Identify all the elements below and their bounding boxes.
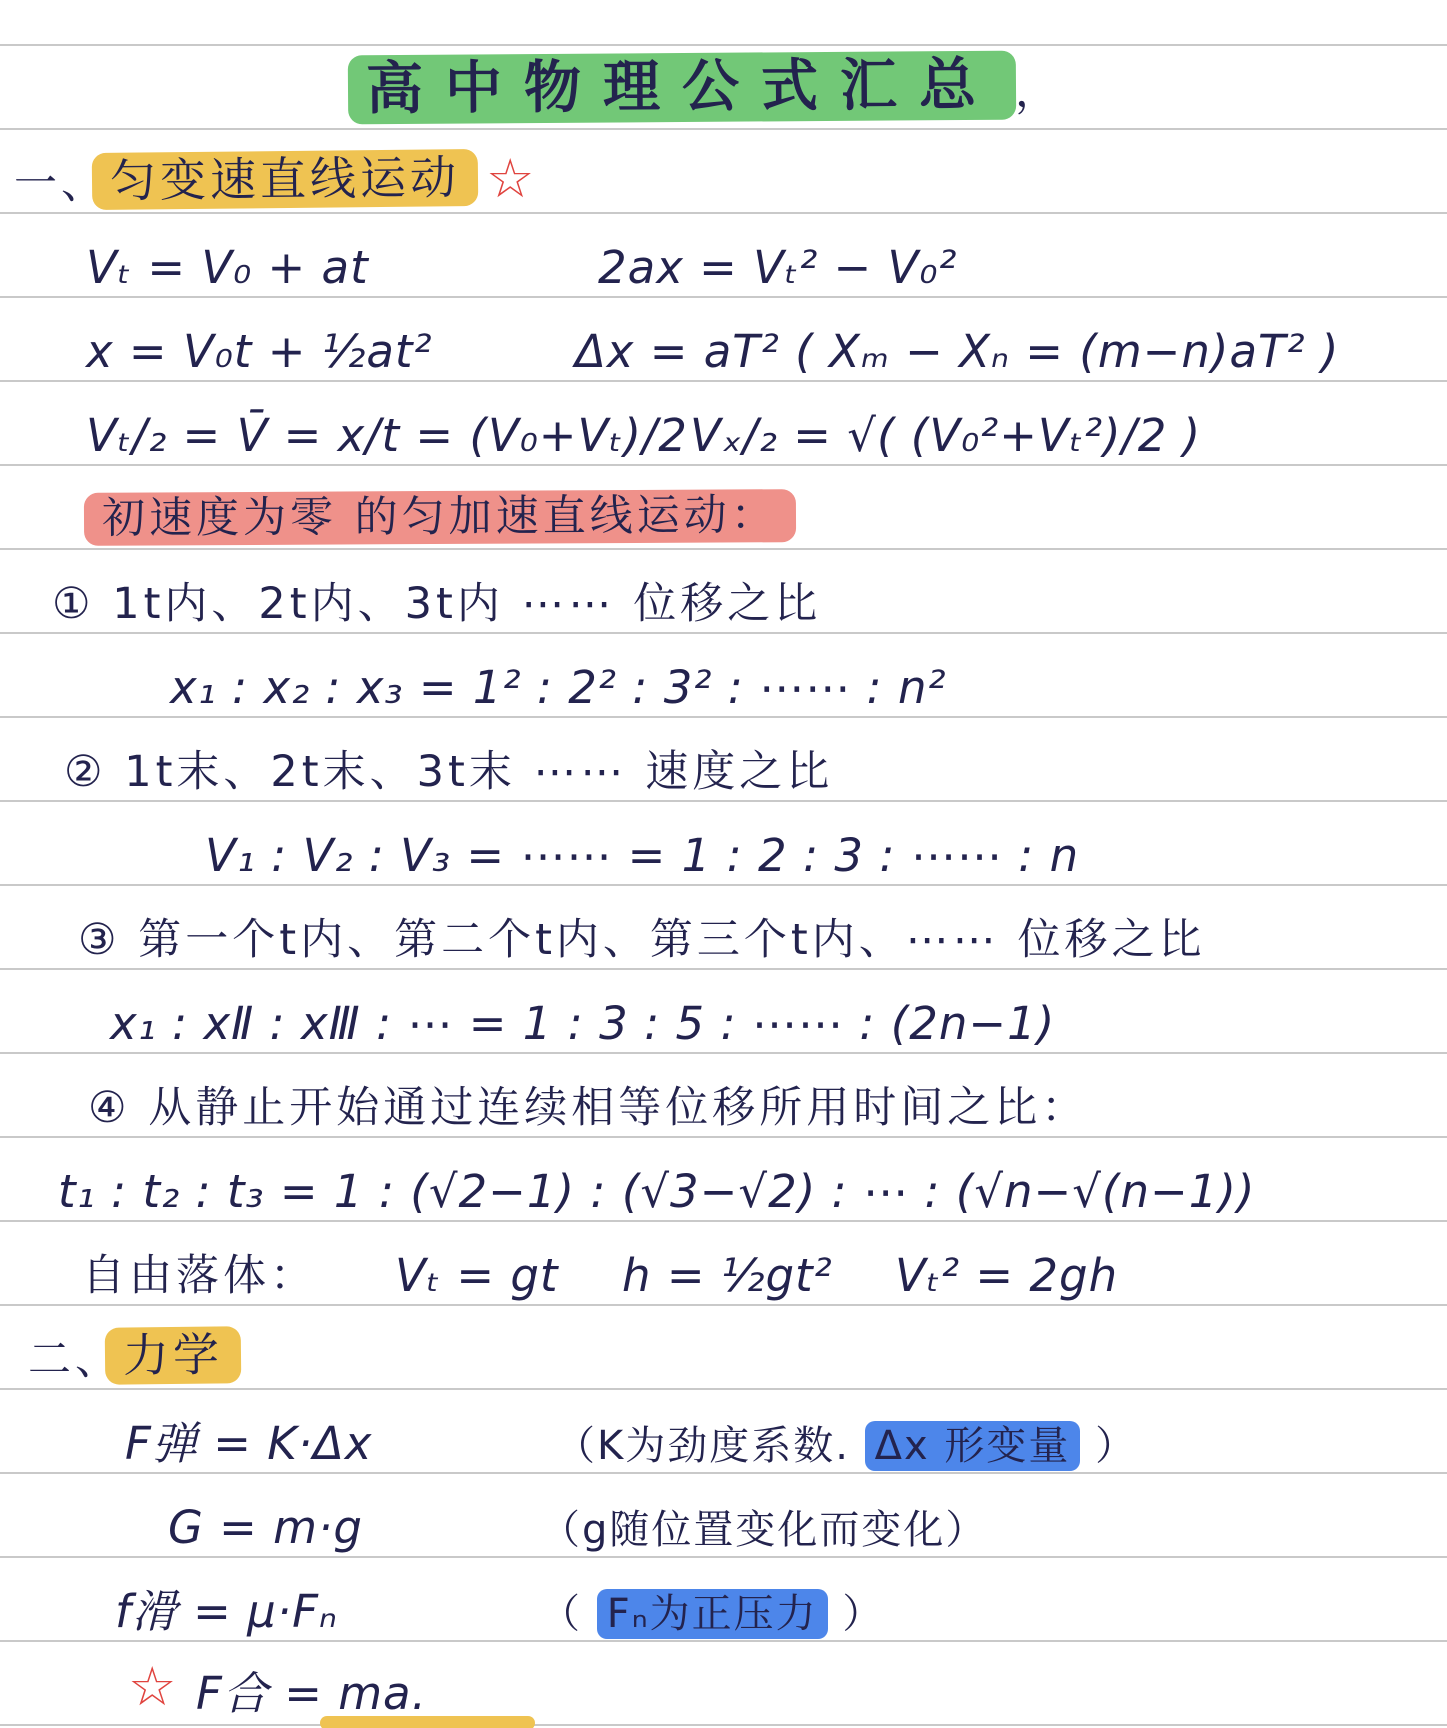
freefall-formula-2: h = ½gt² [622, 1251, 833, 1301]
newton-row: ☆ F合 = ma. [0, 1640, 1447, 1728]
hooke-row: F弹 = K·Δx （K为劲度系数. Δx 形变量 ） [0, 1388, 1447, 1474]
friction-note: （ Fₙ为正压力 ） [540, 1592, 884, 1636]
gravity-row: G = m·g （g随位置变化而变化） [0, 1472, 1447, 1558]
formula-midpoint-velocity: Vₓ/₂ = √( (V₀²+Vₜ²)/2 ) [690, 411, 1201, 461]
item3-row: ③ 第一个t内、第二个t内、第三个t内、⋯⋯ 位移之比 [0, 884, 1447, 970]
formula-displacement: x = V₀t + ½at² [86, 327, 433, 377]
zero-velocity-note-highlight: 初速度为零 的匀加速直线运动： [84, 491, 796, 544]
item3-formula: x₁ : xⅡ : xⅢ : ⋯ = 1 : 3 : 5 : ⋯⋯ : (2n−… [110, 999, 1055, 1049]
highlight-smear [320, 1716, 535, 1728]
item4-label: ④ 从静止开始通过连续相等位移所用时间之比： [88, 1085, 1088, 1132]
friction-formula: f滑 = μ·Fₙ [115, 1587, 338, 1637]
item2-label: ② 1t末、2t末、3t末 ⋯⋯ 速度之比 [64, 749, 833, 796]
item1-formula-row: x₁ : x₂ : x₃ = 1² : 2² : 3² : ⋯⋯ : n² [0, 632, 1447, 718]
title-row: 高中物理公式汇总 ， [0, 40, 1447, 132]
star-icon: ☆ [128, 1657, 176, 1716]
item3-label: ③ 第一个t内、第二个t内、第三个t内、⋯⋯ 位移之比 [78, 917, 1205, 964]
section2-heading-highlight: 力学 [105, 1327, 241, 1384]
item1-formula: x₁ : x₂ : x₃ = 1² : 2² : 3² : ⋯⋯ : n² [170, 663, 947, 713]
gravity-note: （g随位置变化而变化） [540, 1508, 987, 1552]
title-highlight: 高中物理公式汇总 [348, 53, 1016, 122]
item4-formula-row: t₁ : t₂ : t₃ = 1 : (√2−1) : (√3−√2) : ⋯ … [0, 1136, 1447, 1222]
formula-2ax: 2ax = Vₜ² − V₀² [598, 243, 957, 293]
section2-heading-row: 二、 力学 [0, 1304, 1447, 1390]
item2-formula: V₁ : V₂ : V₃ = ⋯⋯ = 1 : 2 : 3 : ⋯⋯ : n [205, 831, 1079, 881]
section1-heading-highlight: 匀变速直线运动 [92, 151, 478, 208]
freefall-row: 自由落体： Vₜ = gt h = ½gt² Vₜ² = 2gh [0, 1220, 1447, 1306]
freefall-label: 自由落体： [82, 1253, 317, 1300]
zero-velocity-note: 初速度为零 的匀加速直线运动： [84, 489, 796, 546]
gravity-formula: G = m·g [168, 1503, 363, 1553]
title-trailing-mark: ， [1015, 69, 1062, 116]
zero-velocity-note-row: 初速度为零 的匀加速直线运动： [0, 464, 1447, 550]
friction-note-highlighted: Fₙ为正压力 [597, 1589, 828, 1639]
star-icon: ☆ [486, 149, 534, 208]
friction-note-close: ） [842, 1591, 884, 1637]
formula-average-velocity: Vₜ/₂ = V̄ = x/t = (V₀+Vₜ)/2 [86, 411, 688, 461]
notebook-page: 高中物理公式汇总 ， 一、 匀变速直线运动 ☆ Vₜ = V₀ + at 2ax… [0, 0, 1447, 1728]
newton-formula: F合 = ma. [196, 1669, 427, 1719]
formula-row-3: Vₜ/₂ = V̄ = x/t = (V₀+Vₜ)/2 Vₓ/₂ = √( (V… [0, 380, 1447, 466]
item3-formula-row: x₁ : xⅡ : xⅢ : ⋯ = 1 : 3 : 5 : ⋯⋯ : (2n−… [0, 968, 1447, 1054]
page-title: 高中物理公式汇总 [348, 51, 1016, 124]
formula-delta-x: Δx = aT² ( Xₘ − Xₙ = (m−n)aT² ) [575, 327, 1339, 377]
item1-label: ① 1t内、2t内、3t内 ⋯⋯ 位移之比 [52, 581, 821, 628]
section1-heading-row: 一、 匀变速直线运动 ☆ [0, 128, 1447, 214]
hooke-note-post: ） [1095, 1423, 1137, 1469]
hooke-formula: F弹 = K·Δx [125, 1419, 372, 1469]
formula-row-1: Vₜ = V₀ + at 2ax = Vₜ² − V₀² [0, 212, 1447, 298]
formula-row-2: x = V₀t + ½at² Δx = aT² ( Xₘ − Xₙ = (m−n… [0, 296, 1447, 382]
item2-formula-row: V₁ : V₂ : V₃ = ⋯⋯ = 1 : 2 : 3 : ⋯⋯ : n [0, 800, 1447, 886]
hooke-note: （K为劲度系数. Δx 形变量 ） [555, 1424, 1137, 1468]
item4-row: ④ 从静止开始通过连续相等位移所用时间之比： [0, 1052, 1447, 1138]
section2-heading: 力学 [105, 1327, 242, 1385]
item1-row: ① 1t内、2t内、3t内 ⋯⋯ 位移之比 [0, 548, 1447, 634]
item2-row: ② 1t末、2t末、3t末 ⋯⋯ 速度之比 [0, 716, 1447, 802]
hooke-note-highlighted: Δx 形变量 [865, 1421, 1081, 1471]
hooke-note-pre: （K为劲度系数. [555, 1423, 850, 1469]
formula-vt-v0-at: Vₜ = V₀ + at [86, 243, 369, 293]
item4-formula: t₁ : t₂ : t₃ = 1 : (√2−1) : (√3−√2) : ⋯ … [58, 1167, 1255, 1217]
freefall-formula-3: Vₜ² = 2gh [895, 1251, 1118, 1301]
freefall-formula-1: Vₜ = gt [395, 1251, 559, 1301]
friction-note-open: （ [540, 1591, 582, 1637]
friction-row: f滑 = μ·Fₙ （ Fₙ为正压力 ） [0, 1556, 1447, 1642]
section1-heading: 匀变速直线运动 [92, 149, 479, 210]
